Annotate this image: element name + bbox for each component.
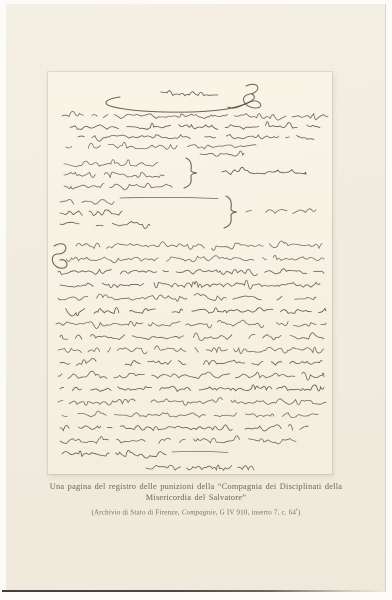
scan-edge-rule xyxy=(2,590,384,592)
caption-source: (Archivio di Stato di Firenze, Compagnie… xyxy=(0,506,392,517)
manuscript-photo xyxy=(48,72,332,474)
caption-line-2: Misericordia del Salvatore” xyxy=(146,493,246,502)
caption: Una pagina del registro delle punizioni … xyxy=(0,481,392,517)
source-shelfmark: , G IV 910, inserto 7, c. 64 xyxy=(216,508,296,516)
book-page-scan: Una pagina del registro delle punizioni … xyxy=(0,0,392,600)
source-prefix: (Archivio di Stato di Firenze, xyxy=(92,508,182,516)
source-close-paren: ) xyxy=(298,508,301,516)
source-archive-series: Compagnie xyxy=(182,508,216,516)
caption-text: Una pagina del registro delle punizioni … xyxy=(0,481,392,503)
manuscript-handwriting xyxy=(48,72,332,474)
caption-line-1: Una pagina del registro delle punizioni … xyxy=(50,482,342,491)
